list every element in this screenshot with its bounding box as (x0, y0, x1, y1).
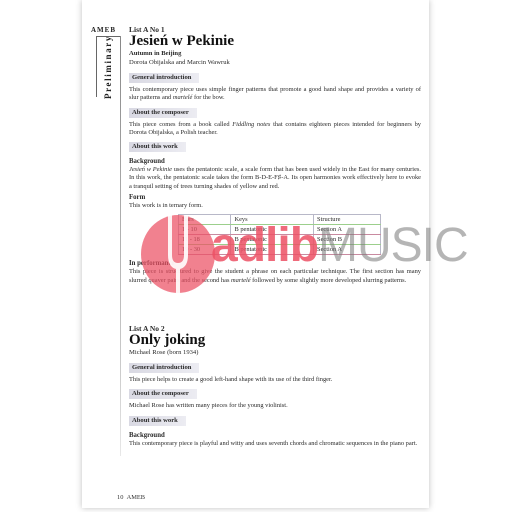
page-footer: 10 AMEB (117, 494, 145, 501)
piece1-background-text: Jesień w Pekinie uses the pentatonic sca… (129, 166, 421, 191)
piece1-general-intro-heading: General introduction (129, 73, 199, 83)
piece1-form-text: This work is in ternary form. (129, 202, 421, 210)
tuning-fork-logo-icon (141, 215, 215, 293)
piece1-composers: Dorota Obijalska and Marcin Wawruk (129, 58, 421, 67)
watermark-text: adlibMUSIC (211, 222, 468, 270)
piece1-composer-heading: About the composer (129, 108, 197, 118)
text: followed by some slightly more developed… (251, 277, 407, 284)
grade-text: Preliminary (103, 35, 113, 99)
piece2-composer-heading: About the composer (129, 389, 197, 399)
piece1-work-heading: About this work (129, 142, 186, 152)
piece2-composer: Michael Rose (born 1934) (129, 348, 421, 357)
text-italic: Jesień w Pekinie (129, 166, 172, 173)
sidebar-brand: AMEB (91, 26, 116, 34)
piece2-general-intro-heading: General introduction (129, 363, 199, 373)
sidebar-grade-label: Preliminary (96, 36, 120, 98)
text: for the bow. (192, 94, 224, 101)
piece1-title: Jesień w Pekinie (129, 34, 421, 49)
piece1-composer-text: This piece comes from a book called Fidd… (129, 121, 421, 138)
piece2-general-intro: This piece helps to create a good left-h… (129, 376, 421, 384)
piece2-background-text: This contemporary piece is playful and w… (129, 440, 421, 448)
sidebar-rule (120, 36, 121, 456)
text: uses the pentatonic scale, a scale form … (129, 166, 421, 190)
footer-brand: AMEB (127, 494, 145, 501)
watermark-text-b: MUSIC (318, 219, 468, 272)
watermark-text-a: adlib (211, 219, 318, 272)
text-italic: martelé (231, 277, 251, 284)
text: This piece comes from a book called (129, 121, 232, 128)
piece2-composer-text: Michael Rose has written many pieces for… (129, 402, 421, 410)
text-italic: martelé (173, 94, 193, 101)
piece1-subtitle: Autumn in Beijing (129, 50, 421, 58)
piece1-general-intro: This contemporary piece uses simple fing… (129, 86, 421, 103)
piece1-form-heading: Form (129, 193, 421, 202)
page-number: 10 (117, 494, 123, 501)
piece2-title: Only joking (129, 333, 421, 348)
piece1-background-heading: Background (129, 157, 421, 166)
piece2-background-heading: Background (129, 431, 421, 440)
text-italic: Fiddling notes (232, 121, 270, 128)
tuning-fork-icon (141, 215, 215, 293)
piece2-work-heading: About this work (129, 416, 186, 426)
